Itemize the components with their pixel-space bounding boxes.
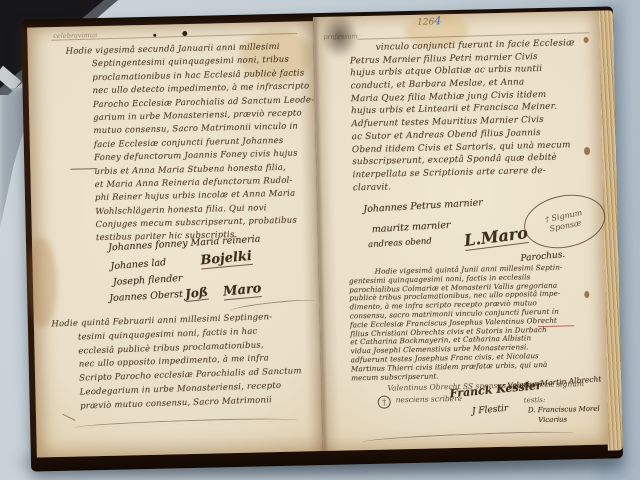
ink-dot — [153, 34, 156, 37]
ink-dot — [182, 31, 187, 36]
register-book: celebravimus Hodie vigesimâ secundâ Janu… — [21, 6, 623, 471]
right-page: professum 1264 vinculo conjuncti fuerunt… — [313, 11, 609, 451]
signature-witness: Johanes lad — [110, 257, 166, 272]
signature-vicar-title: Vicarius — [538, 415, 567, 424]
edge-spot — [584, 147, 590, 155]
signature-witness: Joseph flender — [113, 273, 183, 288]
sponsa-sign-oval: † Signum Sponsæ — [519, 188, 610, 255]
edge-spot — [584, 291, 589, 298]
testis-label: testis: — [524, 396, 546, 404]
signature-witness: Joß — [184, 285, 208, 302]
gutter-top-fold — [320, 12, 359, 59]
page-number: 1264 — [417, 14, 441, 28]
edge-spot — [583, 37, 588, 43]
marriage-entry-january: Hodie vigesimâ secundâ Januarii anni mil… — [66, 40, 318, 246]
signature-vicar: D. Franciscus Morel — [528, 405, 600, 415]
paper-stain — [26, 237, 58, 328]
signature-witness: andreas obend — [368, 236, 432, 250]
sponsa-cross-mark: † — [378, 395, 391, 408]
page-number-pencil: 4 — [434, 14, 441, 27]
marriage-entry-marnier: vinculo conjuncti fuerunt in facie Eccle… — [350, 37, 578, 194]
page-number-ink: 126 — [417, 17, 434, 27]
marriage-entry-obrecht: Hodie vigesimâ quintâ Junii anni millesi… — [349, 264, 565, 383]
signature-witness: Bojelki — [200, 249, 253, 270]
entry-divider-flourish — [74, 416, 298, 427]
signature-parish: L.Maro — [463, 223, 529, 251]
signature-witness: mauritz marnier — [372, 220, 451, 236]
signature-groom: Johannes Petrus marnier — [363, 197, 483, 215]
signature-flestir: J Flestir — [472, 404, 509, 417]
signature-witness: Joannes Oberst — [109, 289, 183, 304]
photo-background: celebravimus Hodie vigesimâ secundâ Janu… — [0, 0, 640, 480]
pen-squiggle — [63, 414, 76, 421]
left-page: celebravimus Hodie vigesimâ secundâ Janu… — [27, 21, 323, 457]
entry-divider-flourish — [363, 429, 575, 442]
marriage-entry-february: Hodie quintâ Februarii anni millesimi Se… — [51, 310, 303, 415]
signature-parish: Maro — [222, 281, 262, 300]
